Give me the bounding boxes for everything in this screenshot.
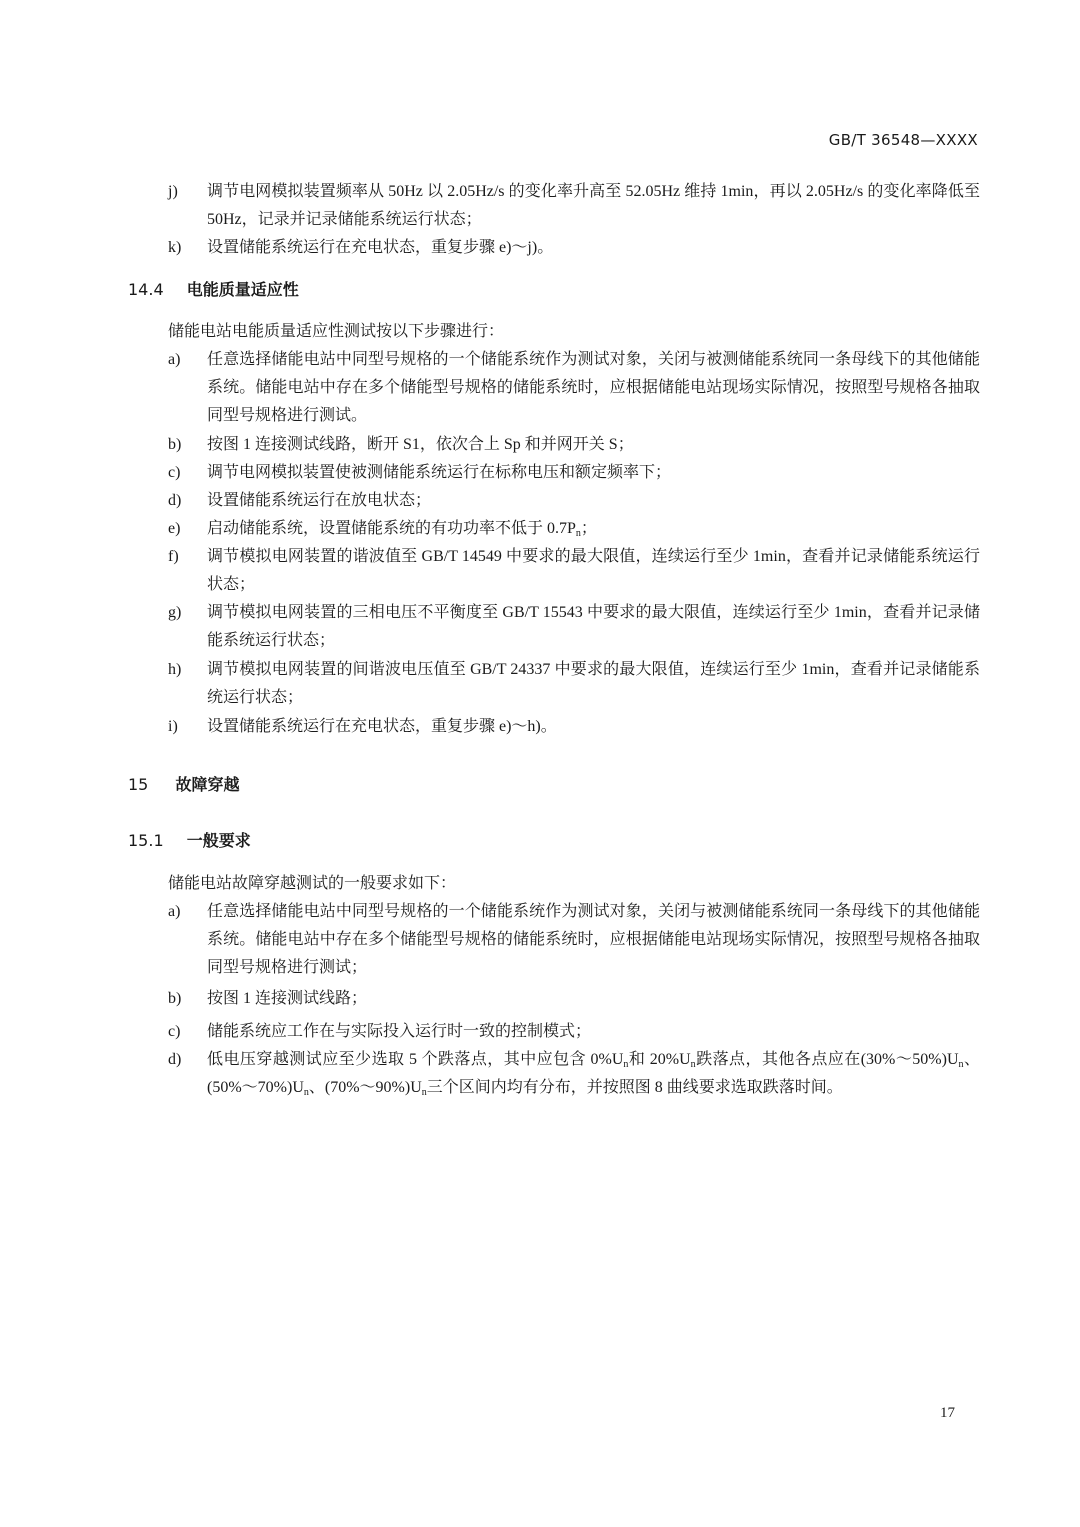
text-segment: 启动储能系统，设置储能系统的有功功率不低于 0.7P bbox=[207, 520, 576, 537]
list-marker: g) bbox=[168, 599, 198, 627]
text-segment: 和 20%U bbox=[628, 1051, 690, 1068]
list-text: 设置储能系统运行在充电状态，重复步骤 e)～h)。 bbox=[207, 713, 980, 741]
section-title: 一般要求 bbox=[187, 829, 251, 853]
list-marker: h) bbox=[168, 656, 198, 684]
list-item-c: c) 调节电网模拟装置使被测储能系统运行在标称电压和额定频率下； bbox=[168, 459, 980, 487]
text-segment: ； bbox=[581, 520, 597, 537]
list-marker: k) bbox=[168, 234, 198, 262]
section-title: 故障穿越 bbox=[175, 773, 239, 797]
page-number: 17 bbox=[940, 1405, 955, 1422]
list-item-k: k) 设置储能系统运行在充电状态，重复步骤 e)～j)。 bbox=[168, 234, 980, 262]
list-item-f: f) 调节模拟电网装置的谐波值至 GB/T 14549 中要求的最大限值，连续运… bbox=[168, 543, 980, 599]
section-number: 15 bbox=[128, 773, 148, 797]
section-heading-15-1: 15.1 一般要求 bbox=[128, 829, 251, 853]
list-text: 按图 1 连接测试线路； bbox=[207, 985, 980, 1013]
text-segment: 低电压穿越测试应至少选取 5 个跌落点，其中应包含 0%U bbox=[207, 1051, 623, 1068]
list-item-h: h) 调节模拟电网装置的间谐波电压值至 GB/T 24337 中要求的最大限值，… bbox=[168, 656, 980, 712]
section-number: 14.4 bbox=[128, 278, 164, 302]
list-marker: a) bbox=[168, 346, 198, 374]
list-item-b: b) 按图 1 连接测试线路，断开 S1，依次合上 Sp 和并网开关 S； bbox=[168, 431, 980, 459]
list-item-d: d) 低电压穿越测试应至少选取 5 个跌落点，其中应包含 0%Un和 20%Un… bbox=[168, 1046, 980, 1102]
section-intro: 储能电站电能质量适应性测试按以下步骤进行： bbox=[168, 320, 504, 344]
list-marker: i) bbox=[168, 713, 198, 741]
list-item-c: c) 储能系统应工作在与实际投入运行时一致的控制模式； bbox=[168, 1018, 980, 1046]
text-segment: 三个区间内均有分布，并按照图 8 曲线要求选取跌落时间。 bbox=[427, 1079, 843, 1096]
list-marker: c) bbox=[168, 1018, 198, 1046]
list-text: 任意选择储能电站中同型号规格的一个储能系统作为测试对象，关闭与被测储能系统同一条… bbox=[207, 898, 980, 982]
list-item-j: j) 调节电网模拟装置频率从 50Hz 以 2.05Hz/s 的变化率升高至 5… bbox=[168, 178, 980, 234]
list-marker: f) bbox=[168, 543, 198, 571]
section-heading-15: 15 故障穿越 bbox=[128, 773, 239, 797]
list-text: 设置储能系统运行在充电状态，重复步骤 e)～j)。 bbox=[207, 234, 980, 262]
list-text: 设置储能系统运行在放电状态； bbox=[207, 487, 980, 515]
list-item-a: a) 任意选择储能电站中同型号规格的一个储能系统作为测试对象，关闭与被测储能系统… bbox=[168, 346, 980, 430]
list-marker: b) bbox=[168, 431, 198, 459]
list-item-i: i) 设置储能系统运行在充电状态，重复步骤 e)～h)。 bbox=[168, 713, 980, 741]
list-item-a: a) 任意选择储能电站中同型号规格的一个储能系统作为测试对象，关闭与被测储能系统… bbox=[168, 898, 980, 982]
list-marker: d) bbox=[168, 1046, 198, 1074]
list-text: 调节模拟电网装置的间谐波电压值至 GB/T 24337 中要求的最大限值，连续运… bbox=[207, 656, 980, 712]
list-text: 储能系统应工作在与实际投入运行时一致的控制模式； bbox=[207, 1018, 980, 1046]
list-marker: j) bbox=[168, 178, 198, 206]
list-item-e: e) 启动储能系统，设置储能系统的有功功率不低于 0.7Pn； bbox=[168, 515, 980, 543]
list-text: 调节电网模拟装置频率从 50Hz 以 2.05Hz/s 的变化率升高至 52.0… bbox=[207, 178, 980, 234]
text-segment: 、(70%～90%)U bbox=[309, 1079, 422, 1096]
section-number: 15.1 bbox=[128, 829, 164, 853]
list-text: 启动储能系统，设置储能系统的有功功率不低于 0.7Pn； bbox=[207, 515, 980, 543]
document-code-header: GB/T 36548—XXXX bbox=[829, 131, 978, 149]
section-title: 电能质量适应性 bbox=[187, 278, 299, 302]
list-marker: a) bbox=[168, 898, 198, 926]
list-item-g: g) 调节模拟电网装置的三相电压不平衡度至 GB/T 15543 中要求的最大限… bbox=[168, 599, 980, 655]
list-text: 任意选择储能电站中同型号规格的一个储能系统作为测试对象，关闭与被测储能系统同一条… bbox=[207, 346, 980, 430]
section-intro: 储能电站故障穿越测试的一般要求如下： bbox=[168, 872, 456, 896]
text-segment: 跌落点，其他各点应在(30%～50%)U bbox=[696, 1051, 959, 1068]
list-text: 调节模拟电网装置的谐波值至 GB/T 14549 中要求的最大限值，连续运行至少… bbox=[207, 543, 980, 599]
list-item-d: d) 设置储能系统运行在放电状态； bbox=[168, 487, 980, 515]
list-text: 调节模拟电网装置的三相电压不平衡度至 GB/T 15543 中要求的最大限值，连… bbox=[207, 599, 980, 655]
list-marker: d) bbox=[168, 487, 198, 515]
section-heading-14-4: 14.4 电能质量适应性 bbox=[128, 278, 299, 302]
list-marker: c) bbox=[168, 459, 198, 487]
list-marker: e) bbox=[168, 515, 198, 543]
list-marker: b) bbox=[168, 985, 198, 1013]
list-item-b: b) 按图 1 连接测试线路； bbox=[168, 985, 980, 1013]
list-text: 按图 1 连接测试线路，断开 S1，依次合上 Sp 和并网开关 S； bbox=[207, 431, 980, 459]
list-text: 调节电网模拟装置使被测储能系统运行在标称电压和额定频率下； bbox=[207, 459, 980, 487]
list-text: 低电压穿越测试应至少选取 5 个跌落点，其中应包含 0%Un和 20%Un跌落点… bbox=[207, 1046, 980, 1102]
